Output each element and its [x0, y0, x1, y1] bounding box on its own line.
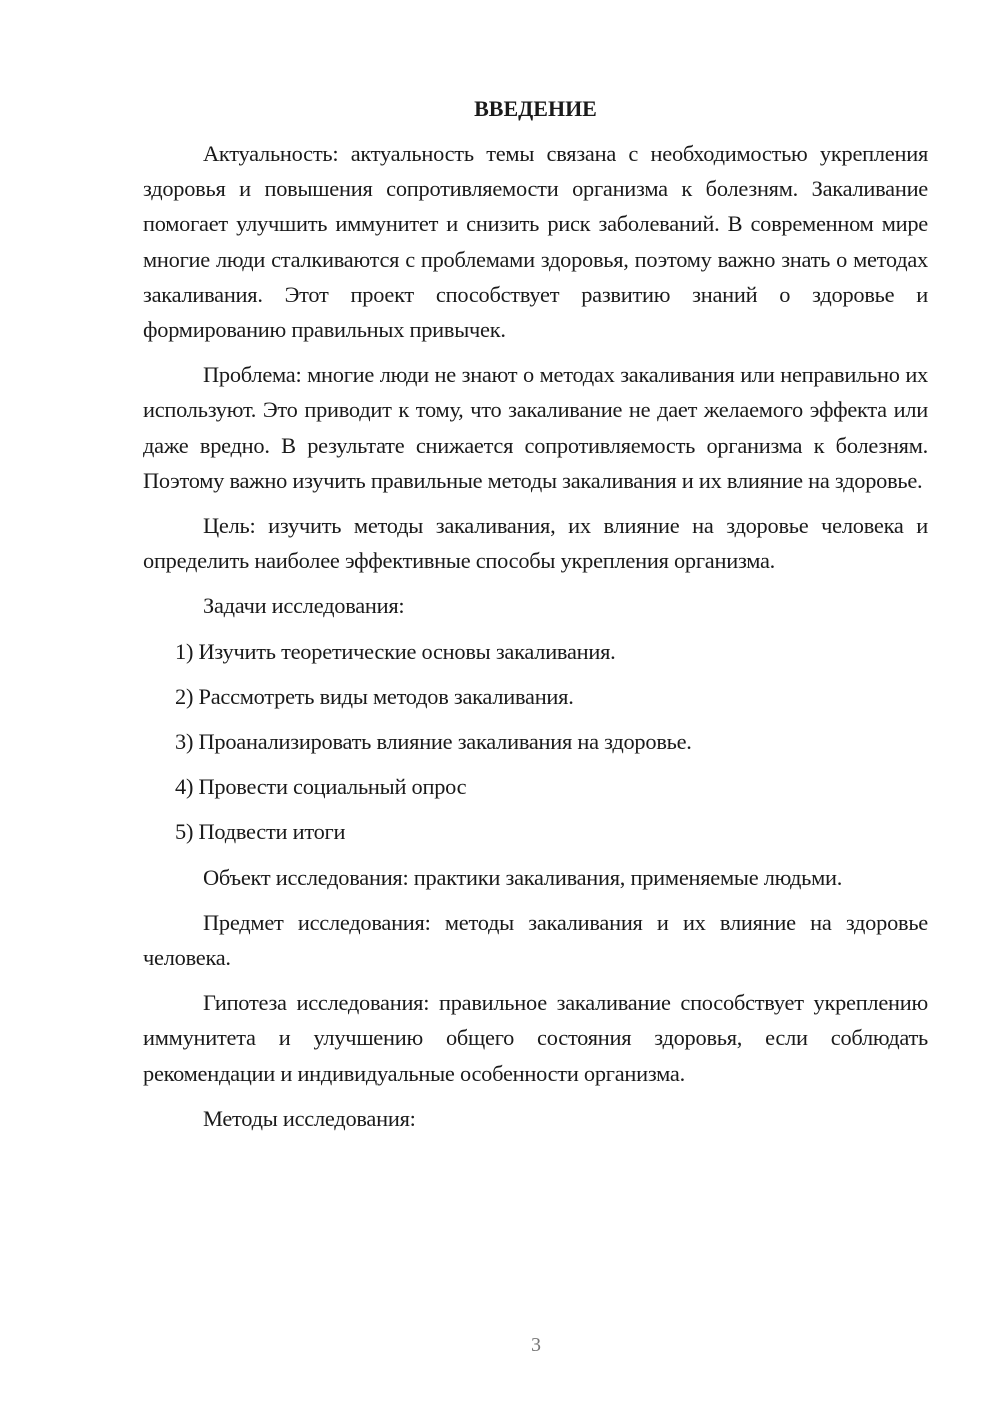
task-item: 4) Провести социальный опрос — [143, 769, 928, 804]
task-item: 3) Проанализировать влияние закаливания … — [143, 724, 928, 759]
section-title: ВВЕДЕНИЕ — [143, 92, 928, 126]
object-paragraph: Объект исследования: практики закаливани… — [143, 860, 928, 895]
page-number: 3 — [0, 1334, 1000, 1357]
goal-paragraph: Цель: изучить методы закаливания, их вли… — [143, 508, 928, 578]
task-item: 1) Изучить теоретические основы закалива… — [143, 634, 928, 669]
relevance-paragraph: Актуальность: актуальность темы связана … — [143, 136, 928, 347]
document-page: ВВЕДЕНИЕ Актуальность: актуальность темы… — [0, 0, 1000, 1414]
subject-paragraph: Предмет исследования: методы закаливания… — [143, 905, 928, 975]
methods-heading: Методы исследования: — [143, 1101, 928, 1136]
problem-paragraph: Проблема: многие люди не знают о методах… — [143, 357, 928, 498]
page-content: ВВЕДЕНИЕ Актуальность: актуальность темы… — [143, 92, 928, 1146]
hypothesis-paragraph: Гипотеза исследования: правильное закали… — [143, 985, 928, 1091]
task-item: 2) Рассмотреть виды методов закаливания. — [143, 679, 928, 714]
task-item: 5) Подвести итоги — [143, 814, 928, 849]
tasks-heading: Задачи исследования: — [143, 588, 928, 623]
tasks-list: 1) Изучить теоретические основы закалива… — [143, 634, 928, 850]
